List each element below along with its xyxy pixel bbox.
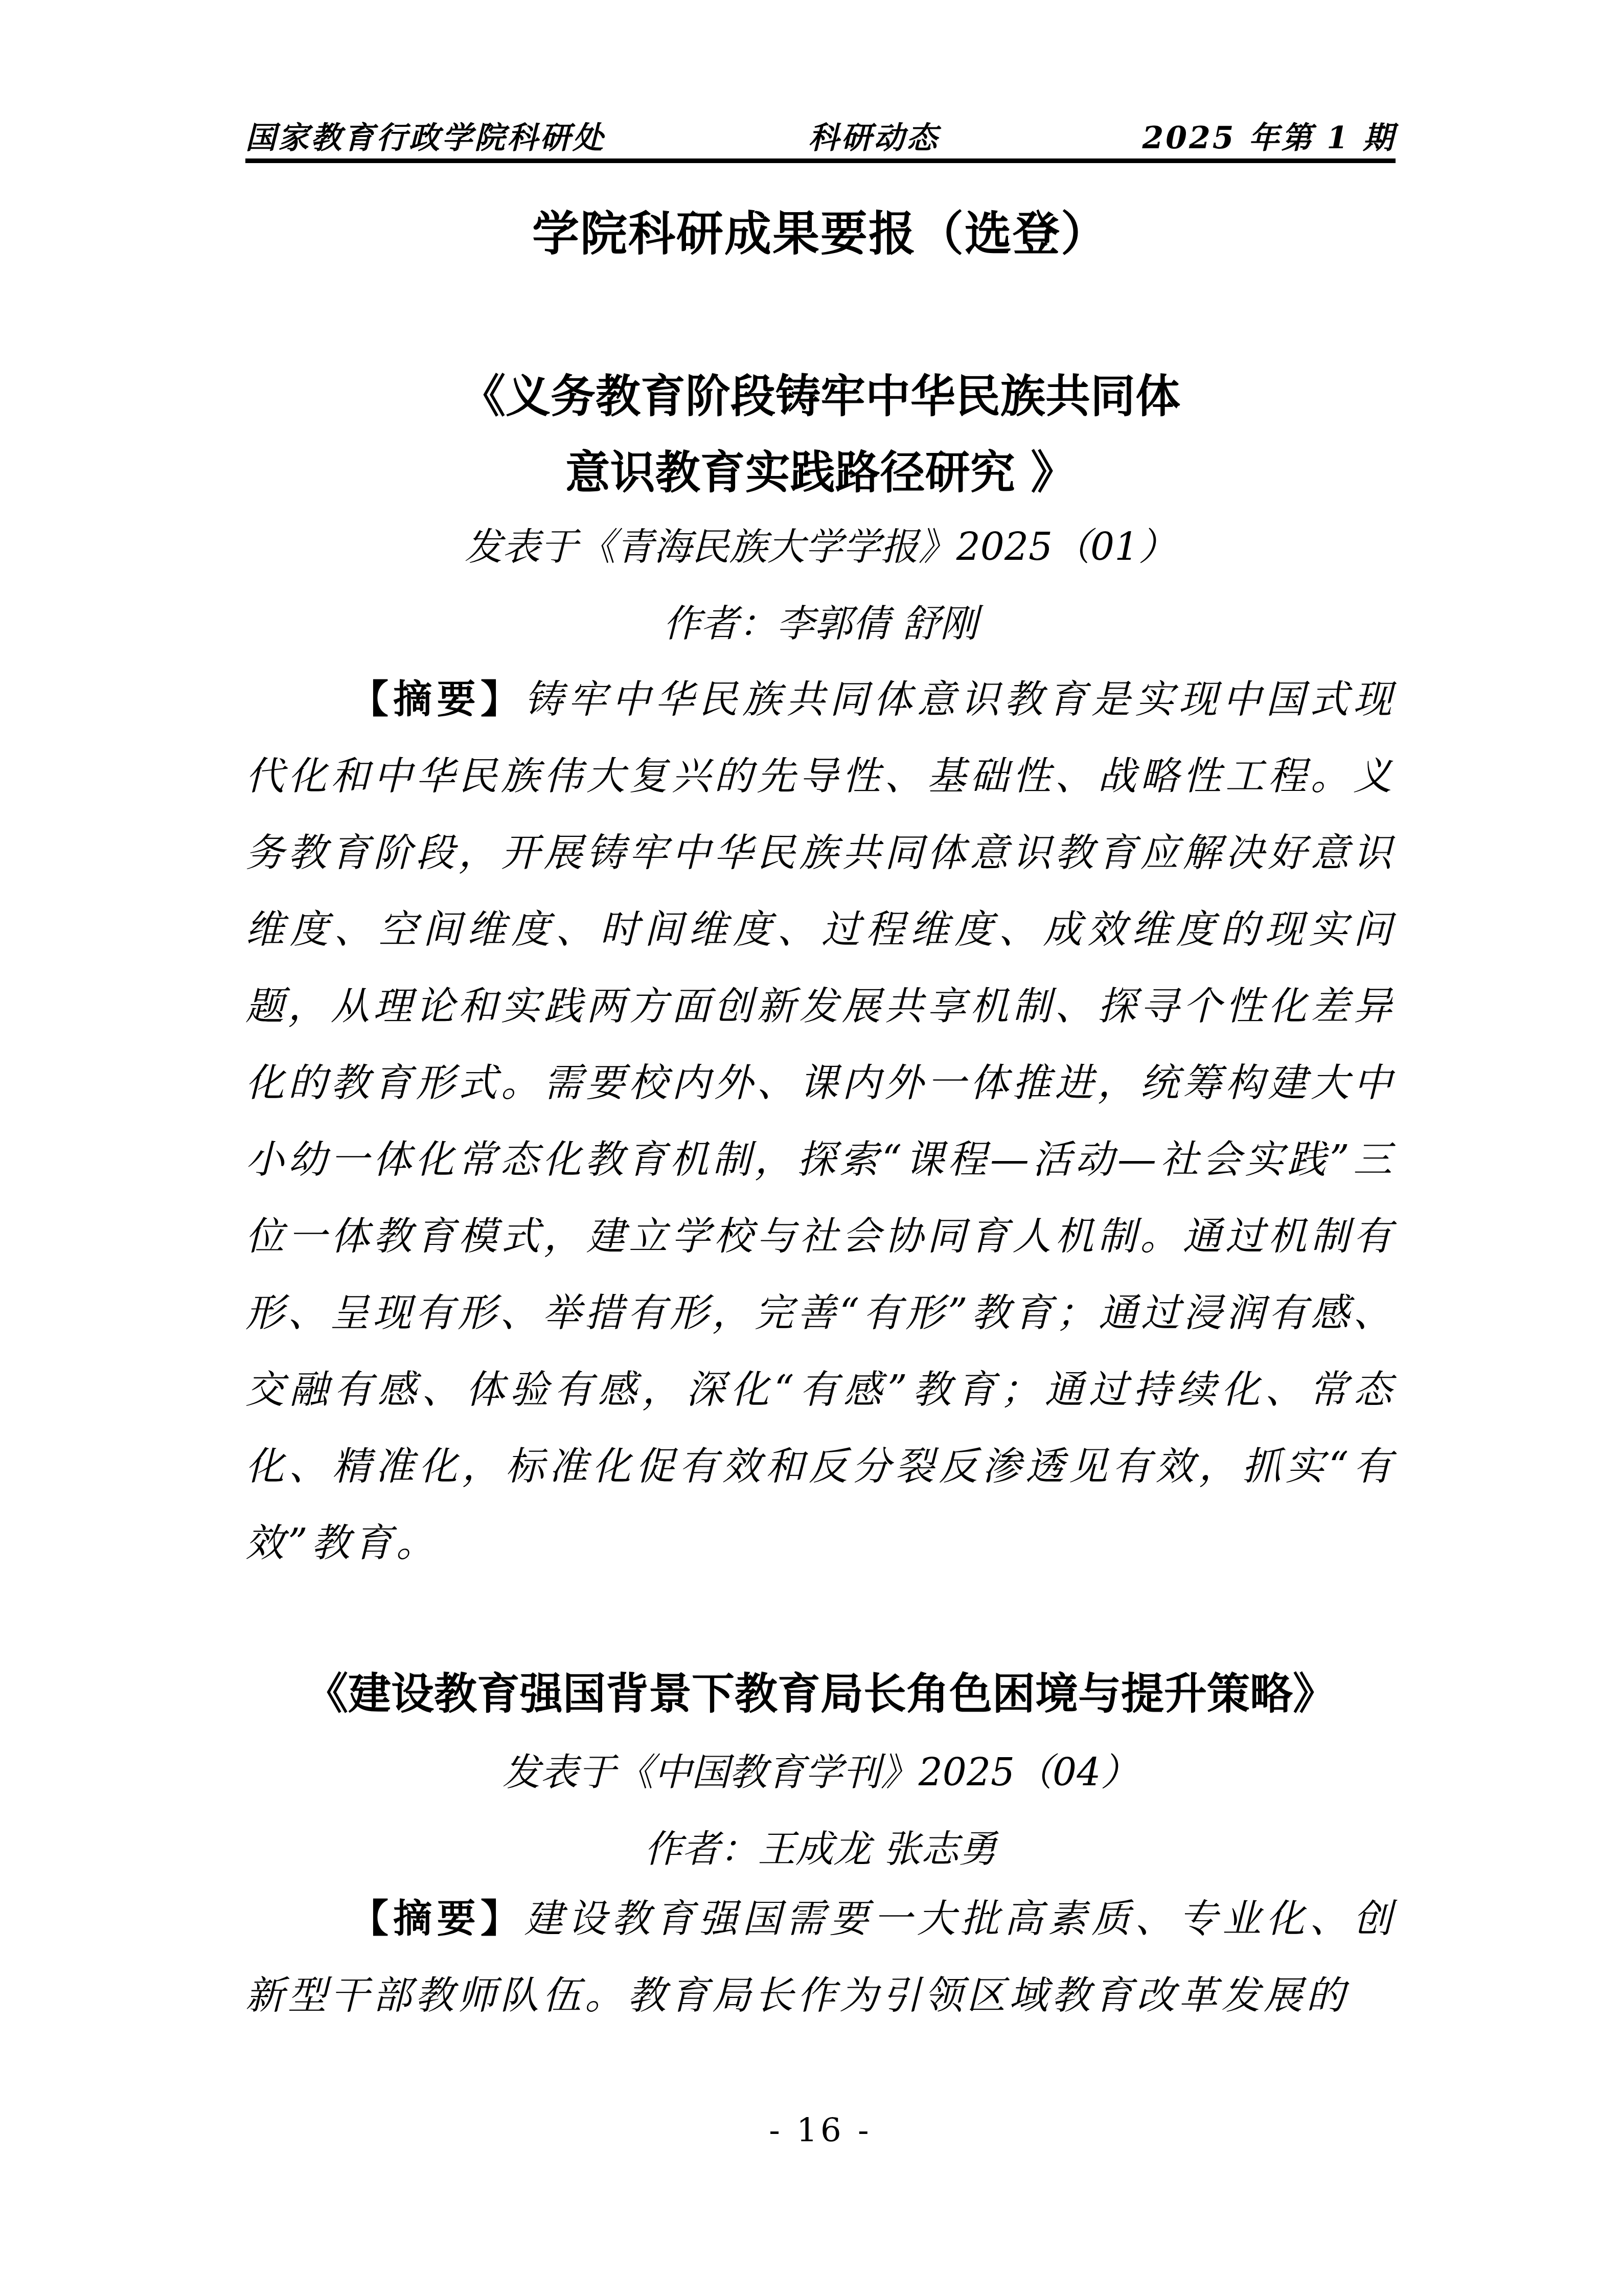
article-1-title: 《义务教育阶段铸牢中华民族共同体 意识教育实践路径研究 》 (245, 358, 1396, 510)
header-publication-name: 科研动态 (808, 113, 939, 157)
article-2-authors-line: 作者：王成龙 张志勇 (245, 1811, 1396, 1888)
article-1-abstract: 【摘要】铸牢中华民族共同体意识教育是实现中国式现代化和中华民族伟大复兴的先导性、… (245, 661, 1396, 1581)
article-1-publication-line: 发表于《青海民族大学学报》2025（01） (245, 509, 1396, 585)
article-2-title: 《建设教育强国背景下教育局长角色困境与提升策略》 (245, 1655, 1396, 1732)
article-1-title-line-1: 《义务教育阶段铸牢中华民族共同体 (245, 358, 1396, 434)
article-1-abstract-label: 【摘要】 (350, 676, 524, 722)
page-header: 国家教育行政学院科研处 科研动态 2025 年第 1 期 (245, 113, 1396, 157)
header-issue-label: 2025 年第 1 期 (1143, 113, 1396, 157)
article-1-title-line-2: 意识教育实践路径研究 》 (245, 434, 1396, 510)
article-2-abstract-label: 【摘要】 (350, 1896, 524, 1941)
article-2-title-line-1: 《建设教育强国背景下教育局长角色困境与提升策略》 (245, 1655, 1396, 1732)
article-2-abstract: 【摘要】建设教育强国需要一大批高素质、专业化、创新型干部教师队伍。教育局长作为引… (245, 1880, 1396, 2034)
page-number: - 16 - (245, 2110, 1396, 2151)
header-org-name: 国家教育行政学院科研处 (245, 113, 605, 157)
article-2-publication-line: 发表于《中国教育学刊》2025（04） (245, 1734, 1396, 1811)
article-1-abstract-text: 铸牢中华民族共同体意识教育是实现中国式现代化和中华民族伟大复兴的先导性、基础性、… (245, 676, 1396, 1565)
page-title: 学院科研成果要报（选登） (245, 203, 1396, 265)
article-1-authors-line: 作者：李郭倩 舒刚 (245, 585, 1396, 662)
header-rule (245, 158, 1396, 163)
